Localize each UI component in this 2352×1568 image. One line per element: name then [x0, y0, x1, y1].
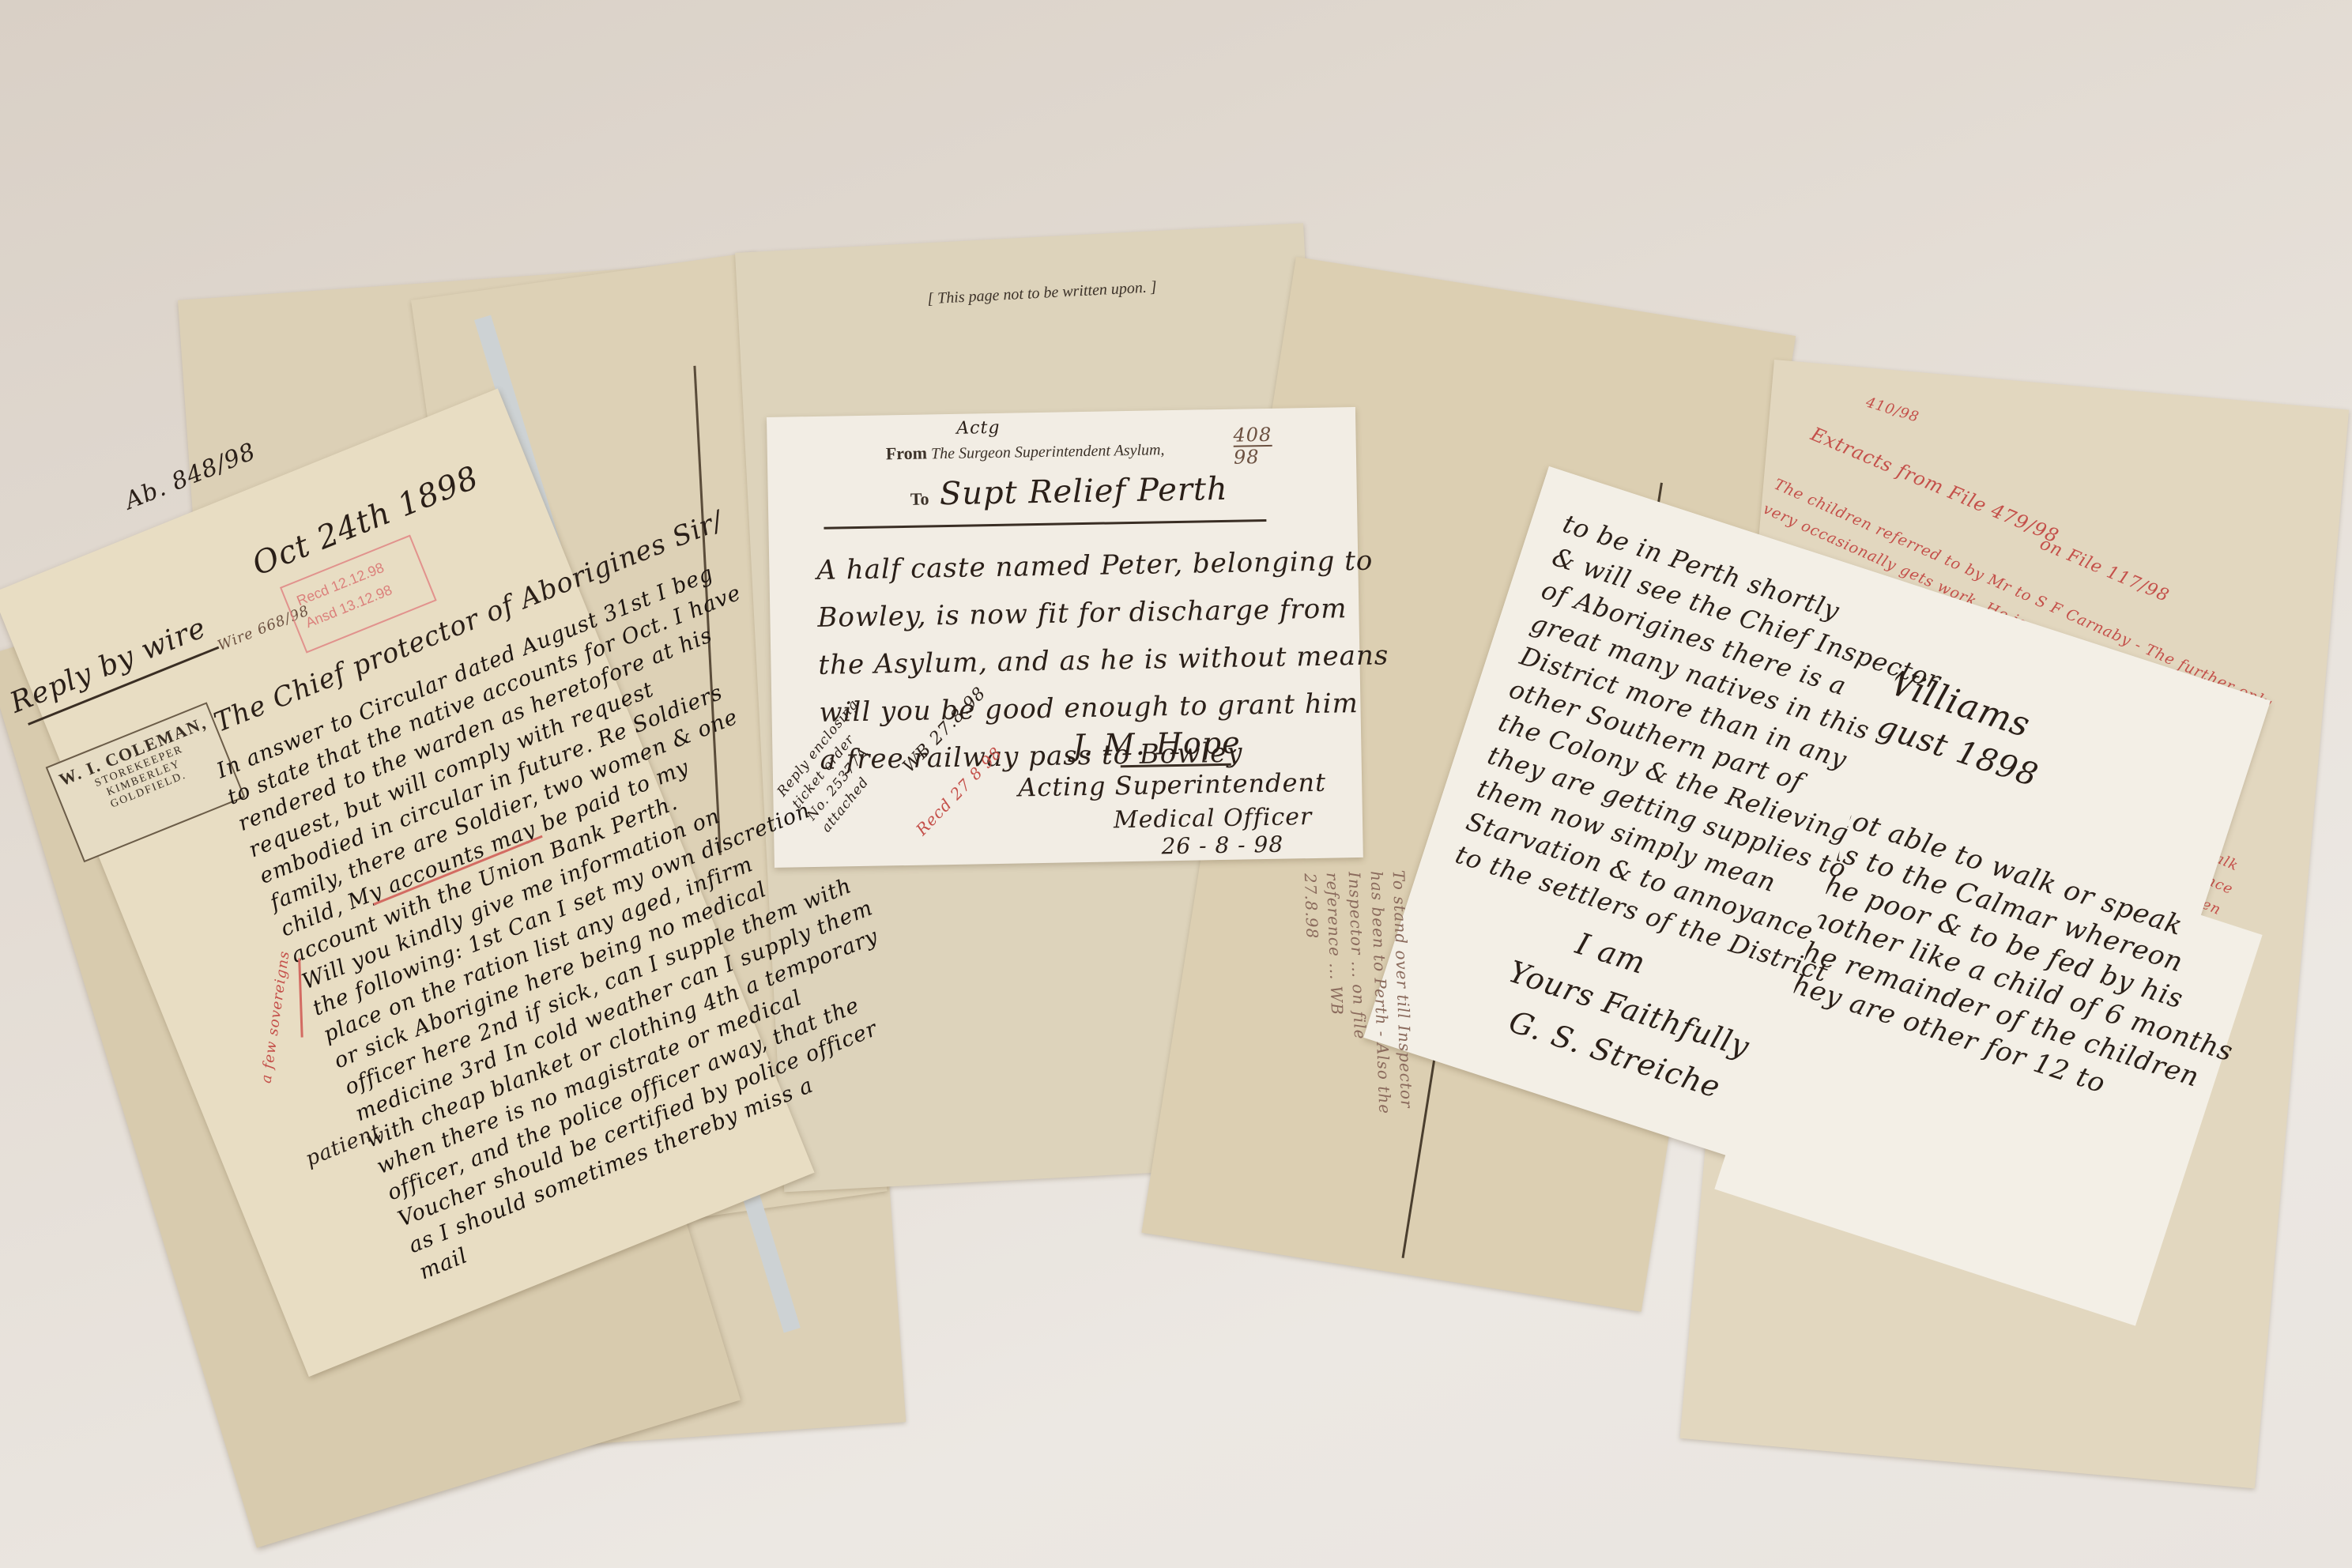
signature-title-acting: Acting Superintendent: [1018, 767, 1326, 803]
file-ref-bottom: 98: [1234, 447, 1272, 468]
reply-by-wire-note: Reply by wire: [6, 612, 211, 720]
patient-margin-word: patient: [302, 1120, 384, 1171]
from-printed: The Surgeon Superintendent Asylum,: [931, 441, 1165, 462]
memo-file-ref: 408 98: [1233, 424, 1272, 468]
signature-title-medical: Medical Officer: [1114, 803, 1313, 834]
red-file-ref: 410/98: [1864, 394, 1920, 426]
closing-i-am: I am: [1572, 926, 1650, 982]
margin-minute-notes: To stand over till Inspector has been to…: [1299, 869, 1419, 1117]
asylum-memo[interactable]: From The Surgeon Superintendent Asylum, …: [767, 407, 1363, 868]
not-written-upon-note: [ This page not to be written upon. ]: [927, 278, 1157, 308]
red-margin-note: a few sovereigns: [258, 950, 292, 1084]
file-ref-top: 408: [1233, 424, 1272, 447]
from-prefix: From: [886, 443, 928, 463]
from-annotation: Actg: [956, 418, 1001, 439]
to-value: Supt Relief Perth: [939, 471, 1228, 512]
coleman-business-card: W. I. COLEMAN, STOREKEEPER KIMBERLEY GOL…: [46, 702, 246, 862]
header-rule: [824, 519, 1266, 530]
memo-from-line: From The Surgeon Superintendent Asylum,: [886, 439, 1165, 464]
memo-to-line: To Supt Relief Perth: [910, 471, 1228, 513]
signature-hope: J. M. Hope: [1072, 726, 1241, 763]
memo-date: 26 - 8 - 98: [1161, 831, 1283, 860]
to-prefix: To: [910, 488, 929, 508]
